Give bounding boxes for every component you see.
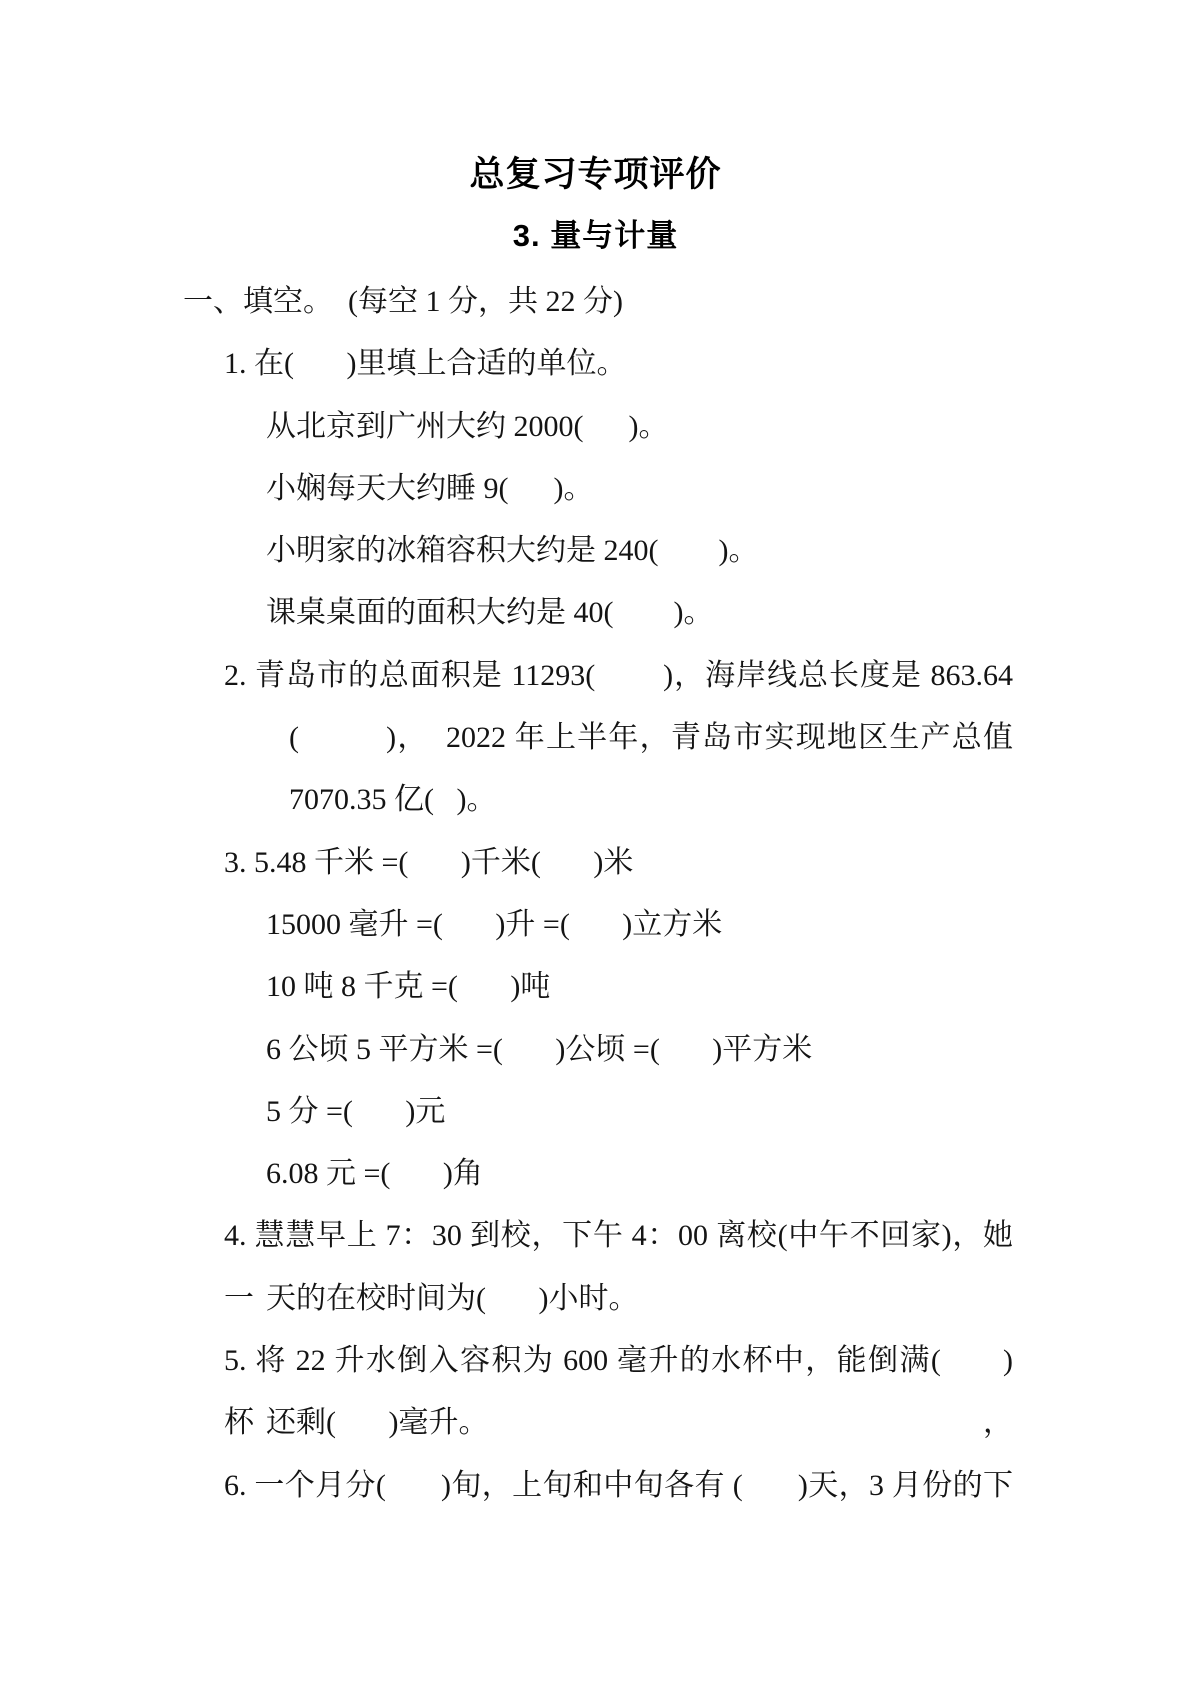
question-4-line-1: 4. 慧慧早上 7：30 到校，下午 4：00 离校(中午不回家)，她一: [0, 1205, 1191, 1267]
fill-in-blanks-section: 一、填空。 (每空 1 分，共 22 分) 1. 在( )里填上合适的单位。 从…: [0, 271, 1191, 1517]
question-1-line: 1. 在( )里填上合适的单位。: [0, 333, 1191, 395]
question-5-line-1: 5. 将 22 升水倒入容积为 600 毫升的水杯中，能倒满( )杯，: [0, 1330, 1191, 1392]
worksheet-page: 总复习专项评价 3. 量与计量 一、填空。 (每空 1 分，共 22 分) 1.…: [0, 0, 1191, 1684]
question-3-line-1: 3. 5.48 千米 =( )千米( )米: [0, 832, 1191, 894]
question-6-line-1: 6. 一个月分( )旬，上旬和中旬各有 ( )天，3 月份的下: [0, 1455, 1191, 1517]
question-1-item-c: 小明家的冰箱容积大约是 240( )。: [0, 520, 1191, 582]
question-1-item-d: 课桌桌面的面积大约是 40( )。: [0, 582, 1191, 644]
question-3-line-5: 5 分 =( )元: [0, 1081, 1191, 1143]
document-title: 总复习专项评价: [0, 153, 1191, 197]
question-2-line-3: 7070.35 亿( )。: [0, 769, 1191, 831]
document-subtitle: 3. 量与计量: [0, 216, 1191, 256]
question-1-item-b: 小娴每天大约睡 9( )。: [0, 458, 1191, 520]
section-heading: 一、填空。 (每空 1 分，共 22 分): [0, 271, 1191, 333]
question-1-item-a: 从北京到广州大约 2000( )。: [0, 396, 1191, 458]
question-3-line-6: 6.08 元 =( )角: [0, 1143, 1191, 1205]
question-3-line-2: 15000 毫升 =( )升 =( )立方米: [0, 894, 1191, 956]
question-3-line-3: 10 吨 8 千克 =( )吨: [0, 956, 1191, 1018]
question-2-line-2: ( )， 2022 年上半年，青岛市实现地区生产总值: [0, 707, 1191, 769]
question-2-line-1: 2. 青岛市的总面积是 11293( )，海岸线总长度是 863.64: [0, 645, 1191, 707]
question-3-line-4: 6 公顷 5 平方米 =( )公顷 =( )平方米: [0, 1019, 1191, 1081]
question-4-line-2: 天的在校时间为( )小时。: [0, 1268, 1191, 1330]
